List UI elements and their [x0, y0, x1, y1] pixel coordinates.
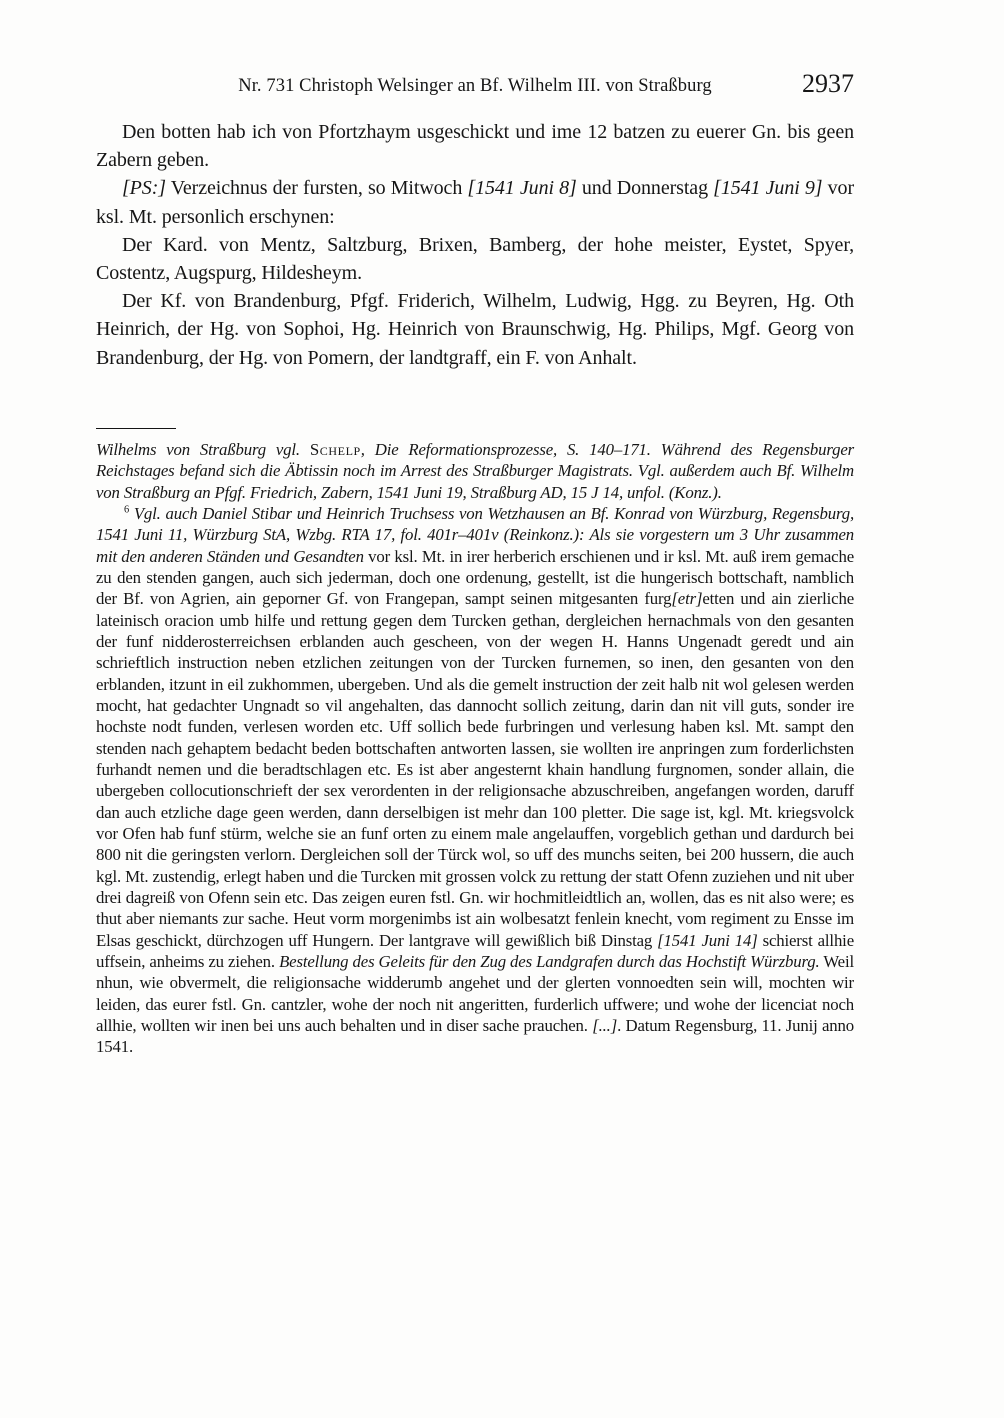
page-header: Nr. 731 Christoph Welsinger an Bf. Wilhe…: [96, 72, 854, 104]
text-run: Den botten hab ich von Pfortzhaym usgesc…: [96, 121, 854, 171]
text-run: [1541 Juni 9]: [713, 177, 822, 199]
document-body: Den botten hab ich von Pfortzhaym usgesc…: [96, 118, 854, 1058]
text-run: [1541 Juni 14]: [657, 931, 757, 950]
footnote-paragraph: 6 Vgl. auch Daniel Stibar und Heinrich T…: [96, 503, 854, 1058]
text-run: Wilhelms von Straßburg vgl.: [96, 440, 310, 459]
book-page: Nr. 731 Christoph Welsinger an Bf. Wilhe…: [0, 0, 1004, 1418]
letter-paragraph: Der Kard. von Mentz, Saltzburg, Brixen, …: [96, 231, 854, 287]
page-number: 2937: [802, 68, 854, 100]
text-run: [1541 Juni 8]: [467, 177, 576, 199]
letter-paragraph: [PS:] Verzeichnus der fursten, so Mitwoc…: [96, 174, 854, 230]
text-run: und Donnerstag: [577, 177, 713, 199]
text-run: etten und ain zierliche lateinisch oraci…: [96, 589, 854, 950]
text-run: [...]: [592, 1016, 617, 1035]
footnotes-block: Wilhelms von Straßburg vgl. Schelp, Die …: [96, 439, 854, 1058]
text-run: Der Kf. von Brandenburg, Pfgf. Friderich…: [96, 290, 854, 368]
footnote-paragraph: Wilhelms von Straßburg vgl. Schelp, Die …: [96, 439, 854, 503]
text-run: Bestellung des Geleits für den Zug des L…: [279, 952, 819, 971]
letter-paragraph: Den botten hab ich von Pfortzhaym usgesc…: [96, 118, 854, 174]
text-run: Verzeichnus der fursten, so Mitwoch: [166, 177, 467, 199]
text-run: [etr]: [671, 589, 702, 608]
text-run: Schelp: [310, 440, 361, 459]
letter-paragraph: Der Kf. von Brandenburg, Pfgf. Friderich…: [96, 287, 854, 372]
running-title: Nr. 731 Christoph Welsinger an Bf. Wilhe…: [96, 72, 854, 100]
letter-text: Den botten hab ich von Pfortzhaym usgesc…: [96, 118, 854, 372]
text-run: Der Kard. von Mentz, Saltzburg, Brixen, …: [96, 234, 854, 284]
footnote-separator: [96, 428, 176, 429]
text-run: [PS:]: [122, 177, 166, 199]
